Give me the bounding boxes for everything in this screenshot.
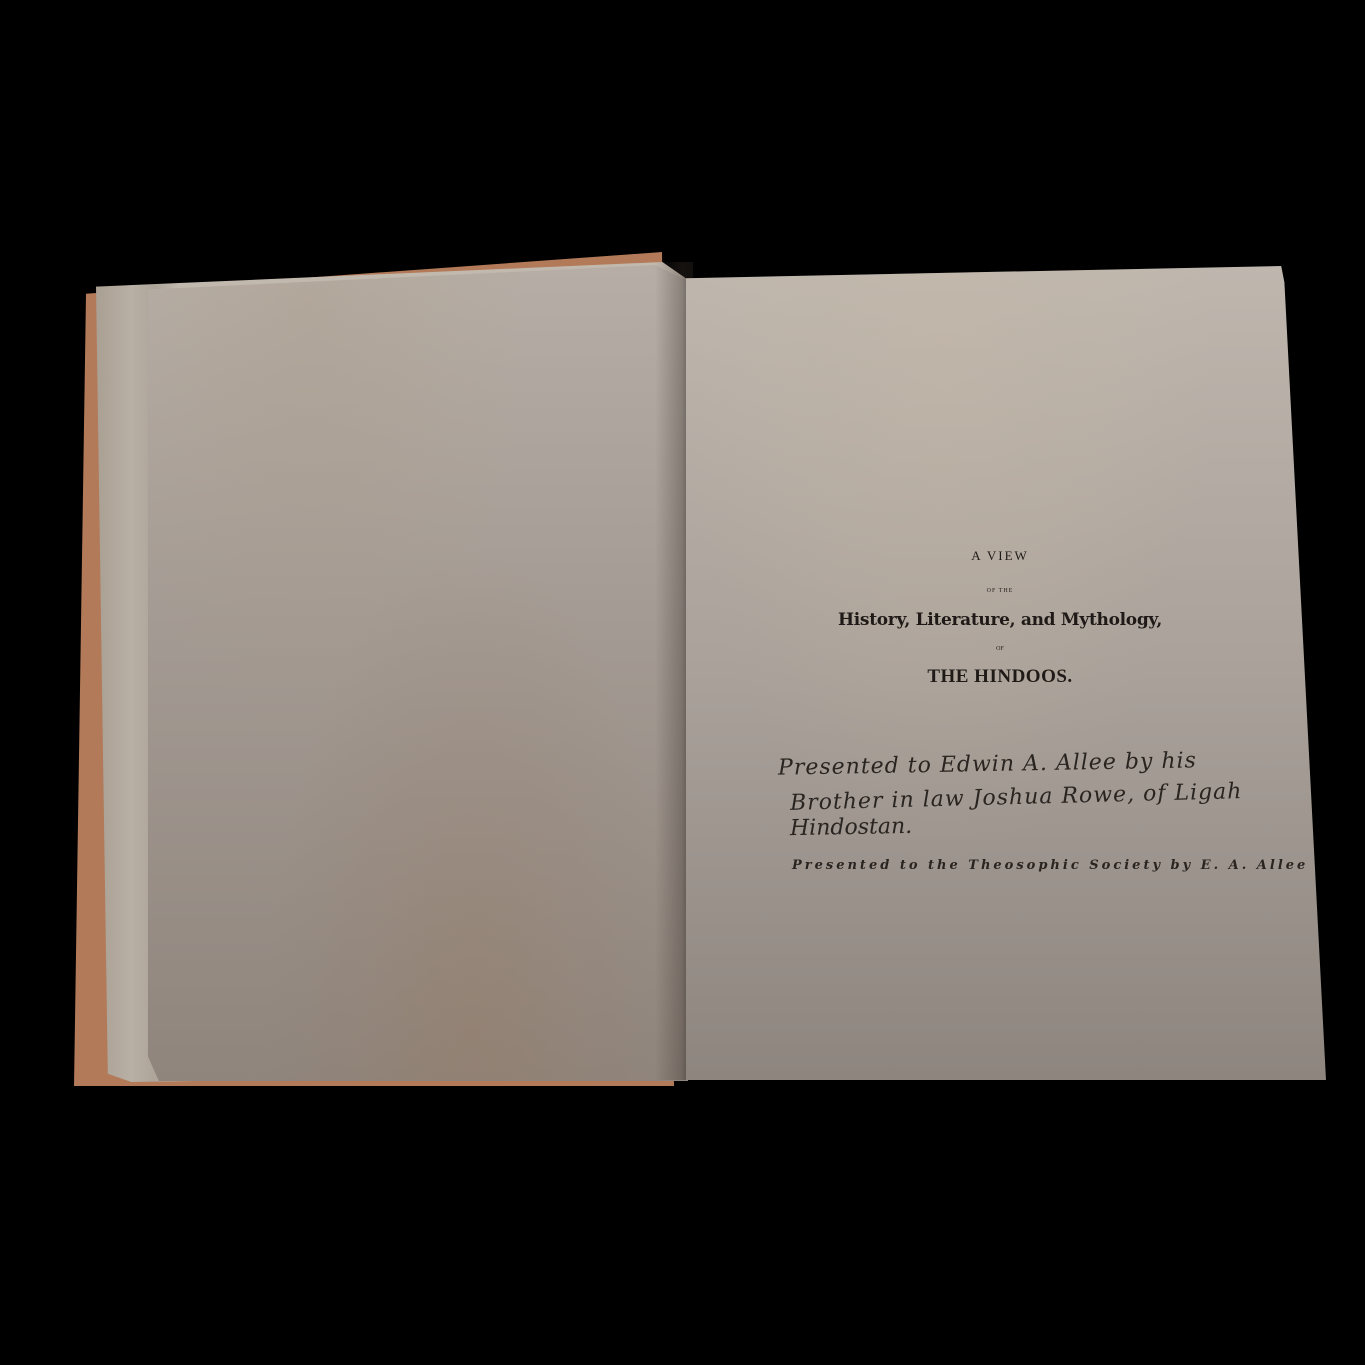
photo-background: A VIEW OF THE History, Literature, and M… [0,0,1365,1365]
title-line-of-the: OF THE [800,588,1200,594]
left-page-blank [148,265,688,1081]
inscription-line-4: Presented to the Theosophic Society by E… [792,858,1308,873]
title-line-of: OF [800,646,1200,652]
inscription-line-3: Hindostan. [790,814,913,841]
title-block: A VIEW OF THE History, Literature, and M… [800,548,1200,688]
title-line-hindoos: THE HINDOOS. [800,666,1200,688]
title-line-subject: History, Literature, and Mythology, [800,610,1200,630]
title-line-a-view: A VIEW [800,548,1200,564]
